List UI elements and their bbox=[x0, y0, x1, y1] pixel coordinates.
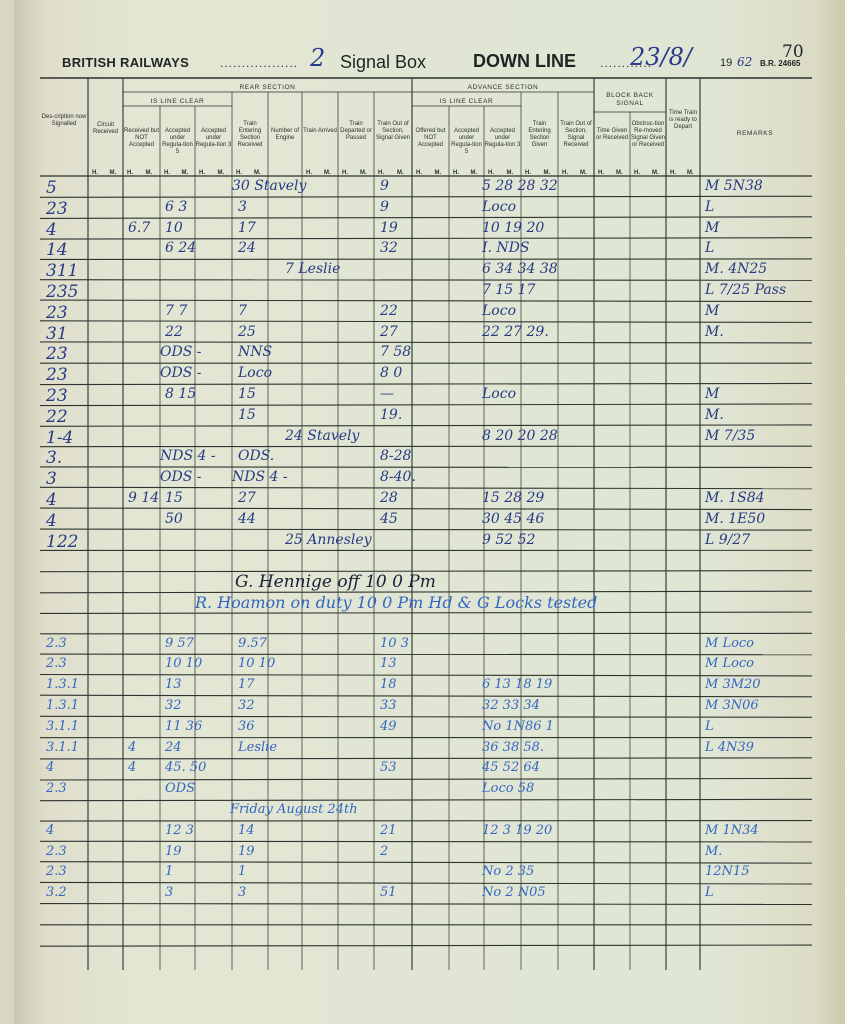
minute-label: M. bbox=[397, 170, 404, 176]
entry-later-remarks: M 3M20 bbox=[705, 677, 761, 692]
entry-rear: 10 bbox=[165, 220, 183, 236]
col-train-entering-received: Train Entering Section Received bbox=[232, 121, 268, 149]
col-description: Des-cription now Signalled bbox=[40, 114, 88, 128]
minute-label: M. bbox=[544, 170, 551, 176]
col-train-arrived: Train Arrived bbox=[302, 128, 338, 135]
entry-later-rear: 19 bbox=[165, 844, 182, 859]
entry-entering: NDS 4 - bbox=[232, 469, 288, 485]
entry-adv: 5 28 28 32 bbox=[482, 178, 558, 194]
entry-later-rear: 13 bbox=[165, 677, 182, 692]
col-remarks: REMARKS bbox=[700, 130, 810, 137]
entry-later-remarks: M Loco bbox=[705, 636, 754, 651]
entry-later-desc: 4 bbox=[46, 760, 54, 775]
entry-out: 7 58 bbox=[380, 344, 411, 360]
entry-out: 9 bbox=[380, 199, 389, 215]
entry-adv: 30 45 46 bbox=[482, 511, 544, 527]
entry-later-engine: Friday August 24th bbox=[230, 802, 358, 817]
entry-later-rear: 1 bbox=[165, 864, 173, 879]
entry-later-remarks: M Loco bbox=[705, 656, 754, 671]
entry-remarks: L bbox=[705, 240, 714, 256]
hour-label: H. bbox=[342, 170, 348, 176]
col-bb-time-given: Time Given or Received bbox=[594, 128, 630, 142]
entry-remarks: M 7/35 bbox=[705, 428, 755, 444]
entry-later-entering: 10 10 bbox=[238, 656, 275, 671]
entry-adv: 15 28 29 bbox=[482, 490, 544, 506]
entry-remarks: M. bbox=[705, 324, 724, 340]
minute-label: M. bbox=[580, 170, 587, 176]
entry-later-entering: 17 bbox=[238, 677, 255, 692]
entry-later-entering: 9.57 bbox=[238, 636, 267, 651]
minute-label: M. bbox=[471, 170, 478, 176]
col-time-ready: Time Train is ready to Depart bbox=[666, 110, 700, 131]
group-advance-section: ADVANCE SECTION bbox=[412, 84, 594, 91]
entry-remarks: M. 4N25 bbox=[705, 261, 767, 277]
entry-later-out: 10 3 bbox=[380, 636, 409, 651]
entry-later-rear: 45. 50 bbox=[165, 760, 206, 775]
entry-remarks: L bbox=[705, 199, 714, 215]
entry-later-out: 33 bbox=[380, 698, 397, 713]
entry-entering: 30 Stavely bbox=[232, 178, 306, 194]
entry-remarks: M. bbox=[705, 407, 724, 423]
entry-later-rear: 24 bbox=[165, 740, 182, 755]
entry-later-remarks: L bbox=[705, 719, 714, 734]
entry-later-desc: 1.3.1 bbox=[46, 698, 79, 713]
entry-desc: 23 bbox=[46, 386, 68, 406]
entry-later-adv: No 2 N05 bbox=[482, 885, 546, 900]
entry-entering: 3 bbox=[238, 199, 247, 215]
entry-later-adv: No 2 35 bbox=[482, 864, 534, 879]
entry-later-entering: 1 bbox=[238, 864, 246, 879]
entry-entering: 15 bbox=[238, 386, 256, 402]
entry-out: — bbox=[380, 386, 394, 402]
entry-rear: ODS - bbox=[160, 365, 201, 381]
entry-later-remarks: M 3N06 bbox=[705, 698, 759, 713]
entry-later-adv: Loco 58 bbox=[482, 781, 534, 796]
entry-out: 19 bbox=[380, 220, 398, 236]
entry-rear: 8 15 bbox=[165, 386, 196, 402]
entry-adv: 7 15 17 bbox=[482, 282, 535, 298]
entry-desc: 3 bbox=[46, 469, 57, 489]
entry-adv: 8 20 20 28 bbox=[482, 428, 558, 444]
entry-later-remarks: M. bbox=[705, 844, 722, 859]
group-rear-section: REAR SECTION bbox=[123, 84, 412, 91]
entry-out: 27 bbox=[380, 324, 398, 340]
entry-desc: 122 bbox=[46, 532, 78, 552]
entry-later-rear: 10 10 bbox=[165, 656, 202, 671]
entry-later-rear: 9 57 bbox=[165, 636, 194, 651]
entry-rear: ODS - bbox=[160, 344, 201, 360]
entry-engine: 24 Stavely bbox=[285, 428, 359, 444]
entry-rear: NDS 4 - bbox=[160, 448, 216, 464]
entry-out: 45 bbox=[380, 511, 398, 527]
entry-remarks: M. 1E50 bbox=[705, 511, 765, 527]
entry-later-rear: 12 3 bbox=[165, 823, 194, 838]
entry-later-out: 53 bbox=[380, 760, 397, 775]
hour-label: H. bbox=[670, 170, 676, 176]
shift-on-note: R. Hoamon on duty 10 0 Pm Hd & G Locks t… bbox=[195, 593, 597, 612]
entry-desc: 235 bbox=[46, 282, 78, 302]
minute-label: M. bbox=[360, 170, 367, 176]
entry-later-rear: ODS bbox=[165, 781, 195, 796]
entry-entering: NNS bbox=[238, 344, 272, 360]
entry-remarks: L 7/25 Pass bbox=[705, 282, 786, 298]
entry-later-desc: 2.3 bbox=[46, 864, 67, 879]
entry-rear: 6 3 bbox=[165, 199, 187, 215]
entry-rear: ODS - bbox=[160, 469, 201, 485]
hour-label: H. bbox=[525, 170, 531, 176]
entry-later-adv: 6 13 18 19 bbox=[482, 677, 552, 692]
entry-later-entering: 32 bbox=[238, 698, 255, 713]
entry-out: 22 bbox=[380, 303, 398, 319]
hour-label: H. bbox=[199, 170, 205, 176]
col-train-out-received: Train Out of Section, Signal Received bbox=[558, 121, 594, 149]
entry-later-desc: 2.3 bbox=[46, 636, 67, 651]
entry-adv: 10 19 20 bbox=[482, 220, 544, 236]
minute-label: M. bbox=[254, 170, 261, 176]
entry-later-desc: 1.3.1 bbox=[46, 677, 79, 692]
entry-desc: 5 bbox=[46, 178, 57, 198]
group-block-back: BLOCK BACK SIGNAL bbox=[594, 92, 666, 108]
hour-label: H. bbox=[92, 170, 98, 176]
entry-rear: 7 7 bbox=[165, 303, 187, 319]
entry-out: 28 bbox=[380, 490, 398, 506]
entry-out: 8 0 bbox=[380, 365, 402, 381]
entry-desc: 22 bbox=[46, 407, 68, 427]
entry-later-circuit: 4 bbox=[128, 740, 136, 755]
col-adv-offered-not-accepted: Offered but NOT Accepted bbox=[412, 128, 449, 149]
entry-desc: 311 bbox=[46, 261, 78, 281]
hour-label: H. bbox=[488, 170, 494, 176]
hour-label: H. bbox=[236, 170, 242, 176]
entry-later-rear: 3 bbox=[165, 885, 173, 900]
col-rear-accepted-reg3: Accepted under Regula-tion 3 bbox=[195, 128, 232, 149]
entry-later-remarks: L 4N39 bbox=[705, 740, 754, 755]
entry-engine: 7 Leslie bbox=[285, 261, 340, 277]
entry-later-desc: 3.1.1 bbox=[46, 719, 79, 734]
entry-desc: 23 bbox=[46, 365, 68, 385]
entry-circuit: 6.7 bbox=[128, 220, 150, 236]
hour-label: H. bbox=[306, 170, 312, 176]
minute-label: M. bbox=[218, 170, 225, 176]
entry-later-out: 2 bbox=[380, 844, 388, 859]
entry-later-out: 21 bbox=[380, 823, 397, 838]
entry-rear: 22 bbox=[165, 324, 183, 340]
minute-label: M. bbox=[652, 170, 659, 176]
group-is-line-clear: IS LINE CLEAR bbox=[123, 98, 232, 105]
entry-desc: 4 bbox=[46, 511, 57, 531]
entry-out: 32 bbox=[380, 240, 398, 256]
entry-later-adv: 36 38 58. bbox=[482, 740, 544, 755]
entry-entering: 27 bbox=[238, 490, 256, 506]
hour-label: H. bbox=[378, 170, 384, 176]
entry-desc: 3. bbox=[46, 448, 62, 468]
entry-remarks: M bbox=[705, 386, 719, 402]
col-train-entering-given: Train Entering Section Given bbox=[521, 121, 558, 149]
entry-later-remarks: L bbox=[705, 885, 714, 900]
entry-entering: 25 bbox=[238, 324, 256, 340]
entry-remarks: M. 1S84 bbox=[705, 490, 765, 506]
minute-label: M. bbox=[146, 170, 153, 176]
entry-later-entering: 14 bbox=[238, 823, 255, 838]
col-adv-accepted-reg5: Accepted under Regula-tion 5 bbox=[449, 128, 484, 156]
entry-entering: 17 bbox=[238, 220, 256, 236]
shift-off-note: G. Hennige off 10 0 Pm bbox=[235, 572, 436, 592]
minute-label: M. bbox=[687, 170, 694, 176]
entry-desc: 1-4 bbox=[46, 428, 73, 448]
minute-label: M. bbox=[182, 170, 189, 176]
entry-entering: 15 bbox=[238, 407, 256, 423]
entry-entering: Loco bbox=[238, 365, 272, 381]
group-is-line-clear-adv: IS LINE CLEAR bbox=[412, 98, 521, 105]
col-number-of-engine: Number of Engine bbox=[268, 128, 302, 142]
entry-later-remarks: M 1N34 bbox=[705, 823, 759, 838]
entry-later-desc: 3.1.1 bbox=[46, 740, 79, 755]
entry-adv: 22 27 29. bbox=[482, 324, 549, 340]
entry-later-rear: 11 36 bbox=[165, 719, 202, 734]
entry-engine: 25 Annesley bbox=[285, 532, 372, 548]
entry-later-entering: Leslie bbox=[238, 740, 277, 755]
col-adv-accepted-reg3: Accepted under Regula-tion 3 bbox=[484, 128, 521, 149]
entry-later-desc: 3.2 bbox=[46, 885, 67, 900]
entry-later-entering: 19 bbox=[238, 844, 255, 859]
entry-entering: 7 bbox=[238, 303, 247, 319]
minute-label: M. bbox=[616, 170, 623, 176]
entry-circuit: 9 14 bbox=[128, 490, 159, 506]
minute-label: M. bbox=[324, 170, 331, 176]
hour-label: H. bbox=[634, 170, 640, 176]
entry-later-circuit: 4 bbox=[128, 760, 136, 775]
hour-label: H. bbox=[453, 170, 459, 176]
entry-desc: 23 bbox=[46, 199, 68, 219]
entry-adv: Loco bbox=[482, 199, 516, 215]
entry-later-adv: No 1N86 1 bbox=[482, 719, 554, 734]
minute-label: M. bbox=[435, 170, 442, 176]
entry-adv: 9 52 52 bbox=[482, 532, 535, 548]
col-circuit: Circuit Received bbox=[88, 122, 123, 136]
hour-label: H. bbox=[562, 170, 568, 176]
entry-remarks: M bbox=[705, 303, 719, 319]
entry-adv: Loco bbox=[482, 303, 516, 319]
entry-desc: 31 bbox=[46, 324, 68, 344]
hour-label: H. bbox=[598, 170, 604, 176]
entry-adv: I. NDS bbox=[482, 240, 530, 256]
entry-desc: 14 bbox=[46, 240, 68, 260]
entry-later-desc: 4 bbox=[46, 823, 54, 838]
entry-out: 19. bbox=[380, 407, 402, 423]
entry-desc: 23 bbox=[46, 344, 68, 364]
col-train-departed: Train Departed or Passed bbox=[338, 121, 374, 142]
entry-entering: 24 bbox=[238, 240, 256, 256]
minute-label: M. bbox=[507, 170, 514, 176]
hour-label: H. bbox=[416, 170, 422, 176]
entry-later-out: 18 bbox=[380, 677, 397, 692]
col-rear-received-not-accepted: Received but NOT Accepted bbox=[123, 128, 160, 149]
hour-label: H. bbox=[127, 170, 133, 176]
entry-later-entering: 3 bbox=[238, 885, 246, 900]
entry-later-desc: 2.3 bbox=[46, 781, 67, 796]
entry-out: 9 bbox=[380, 178, 389, 194]
entry-later-remarks: 12N15 bbox=[705, 864, 749, 879]
hour-label: H. bbox=[164, 170, 170, 176]
minute-label: M. bbox=[110, 170, 117, 176]
entry-later-desc: 2.3 bbox=[46, 656, 67, 671]
entry-desc: 4 bbox=[46, 220, 57, 240]
entry-rear: 15 bbox=[165, 490, 183, 506]
entry-later-adv: 45 52 64 bbox=[482, 760, 540, 775]
entry-later-out: 13 bbox=[380, 656, 397, 671]
entry-desc: 4 bbox=[46, 490, 57, 510]
entry-remarks: M bbox=[705, 220, 719, 236]
col-train-out-given: Train Out of Section, Signal Given bbox=[374, 121, 412, 142]
entry-later-desc: 2.3 bbox=[46, 844, 67, 859]
entry-later-rear: 32 bbox=[165, 698, 182, 713]
entry-rear: 50 bbox=[165, 511, 183, 527]
entry-later-out: 51 bbox=[380, 885, 397, 900]
entry-desc: 23 bbox=[46, 303, 68, 323]
entry-later-adv: 12 3 19 20 bbox=[482, 823, 552, 838]
entry-later-adv: 32 33 34 bbox=[482, 698, 540, 713]
entry-entering: 44 bbox=[238, 511, 256, 527]
entry-entering: ODS. bbox=[238, 448, 274, 464]
entry-out: 8-28 bbox=[380, 448, 411, 464]
entry-remarks: M 5N38 bbox=[705, 178, 763, 194]
entry-rear: 6 24 bbox=[165, 240, 196, 256]
col-rear-accepted-reg5: Accepted under Regula-tion 5 bbox=[160, 128, 195, 156]
entry-adv: Loco bbox=[482, 386, 516, 402]
entry-later-entering: 36 bbox=[238, 719, 255, 734]
entry-remarks: L 9/27 bbox=[705, 532, 750, 548]
col-bb-obstruction: Obstruc-tion Re-moved Signal Given or Re… bbox=[630, 121, 666, 149]
entry-out: 8-40. bbox=[380, 469, 416, 485]
entry-later-out: 49 bbox=[380, 719, 397, 734]
entry-adv: 6 34 34 38 bbox=[482, 261, 558, 277]
